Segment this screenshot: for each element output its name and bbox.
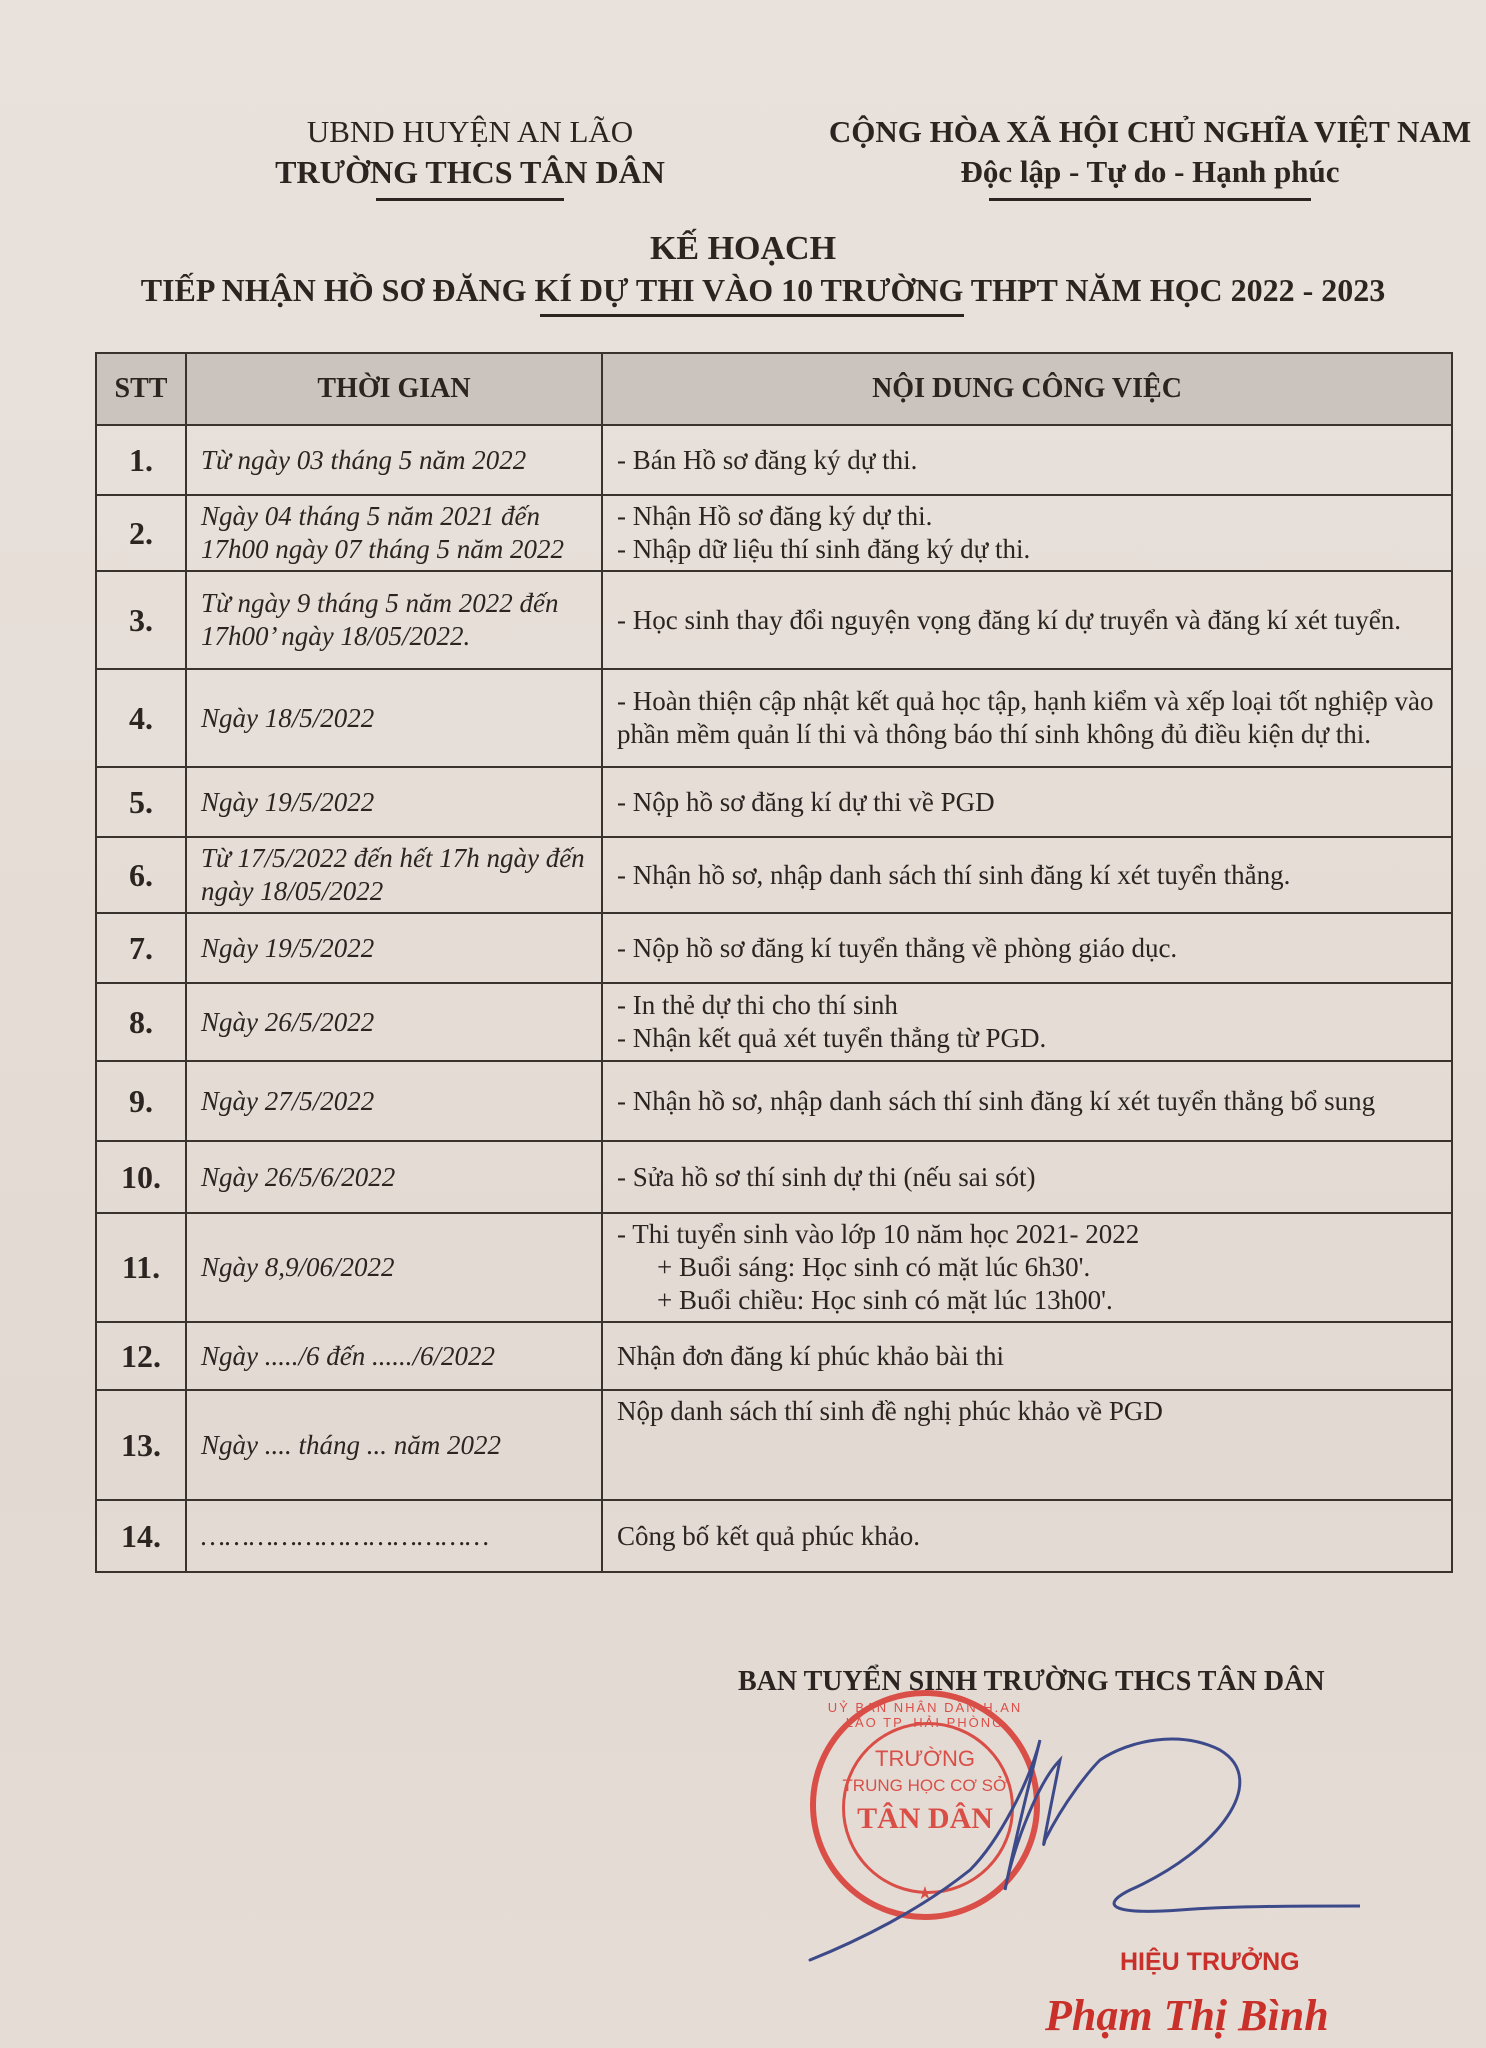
row-number: 3.: [96, 571, 186, 669]
column-header-time: THỜI GIAN: [186, 353, 602, 425]
row-number: 1.: [96, 425, 186, 495]
row-time: Ngày 18/5/2022: [186, 669, 602, 767]
task-line: + Buổi sáng: Học sinh có mặt lúc 6h30'.: [617, 1251, 1437, 1284]
row-task: - Nộp hồ sơ đăng kí dự thi về PGD: [602, 767, 1452, 837]
row-task: Nộp danh sách thí sinh đề nghị phúc khảo…: [602, 1390, 1452, 1500]
task-line: - Hoàn thiện cập nhật kết quả học tập, h…: [617, 685, 1437, 751]
column-header-stt: STT: [96, 353, 186, 425]
row-task: - Nhận hồ sơ, nhập danh sách thí sinh đă…: [602, 1061, 1452, 1141]
row-time: Ngày 26/5/2022: [186, 983, 602, 1061]
divider: [376, 198, 564, 201]
row-time: Ngày 19/5/2022: [186, 913, 602, 983]
row-task: - Bán Hồ sơ đăng ký dự thi.: [602, 425, 1452, 495]
row-number: 9.: [96, 1061, 186, 1141]
row-task: - Nộp hồ sơ đăng kí tuyển thẳng về phòng…: [602, 913, 1452, 983]
task-line: - Thi tuyển sinh vào lớp 10 năm học 2021…: [617, 1218, 1437, 1251]
row-time: ………………………………: [186, 1500, 602, 1572]
signatory-role: HIỆU TRƯỞNG: [1120, 1948, 1300, 1977]
row-time: Từ ngày 9 tháng 5 năm 2022 đến 17h00’ ng…: [186, 571, 602, 669]
table-row: 7.Ngày 19/5/2022- Nộp hồ sơ đăng kí tuyể…: [96, 913, 1452, 983]
task-line: Công bố kết quả phúc khảo.: [617, 1520, 1437, 1553]
row-number: 13.: [96, 1390, 186, 1500]
document-title: KẾ HOẠCH TIẾP NHẬN HỒ SƠ ĐĂNG KÍ DỰ THI …: [0, 228, 1486, 317]
row-task: - Thi tuyển sinh vào lớp 10 năm học 2021…: [602, 1213, 1452, 1322]
signature: [800, 1720, 1360, 1980]
divider: [989, 198, 1311, 201]
row-number: 8.: [96, 983, 186, 1061]
row-time: Ngày .... tháng ... năm 2022: [186, 1390, 602, 1500]
table-row: 4.Ngày 18/5/2022- Hoàn thiện cập nhật kế…: [96, 669, 1452, 767]
task-line: + Buổi chiều: Học sinh có mặt lúc 13h00'…: [617, 1284, 1437, 1317]
row-number: 6.: [96, 837, 186, 913]
divider: [540, 314, 964, 317]
district-name: UBND HUYỆN AN LÃO: [250, 112, 690, 152]
task-line: - Nhận hồ sơ, nhập danh sách thí sinh đă…: [617, 1085, 1437, 1118]
task-line: - Bán Hồ sơ đăng ký dự thi.: [617, 444, 1437, 477]
row-task: Nhận đơn đăng kí phúc khảo bài thi: [602, 1322, 1452, 1390]
row-number: 7.: [96, 913, 186, 983]
row-task: - Học sinh thay đổi nguyện vọng đăng kí …: [602, 571, 1452, 669]
row-time: Ngày 26/5/6/2022: [186, 1141, 602, 1213]
table-row: 2.Ngày 04 tháng 5 năm 2021 đến 17h00 ngà…: [96, 495, 1452, 571]
signatory-name: Phạm Thị Bình: [1045, 1990, 1329, 2041]
row-time: Từ 17/5/2022 đến hết 17h ngày đến ngày 1…: [186, 837, 602, 913]
row-number: 14.: [96, 1500, 186, 1572]
task-line: - Sửa hồ sơ thí sinh dự thi (nếu sai sót…: [617, 1161, 1437, 1194]
task-line: - Nộp hồ sơ đăng kí tuyển thẳng về phòng…: [617, 932, 1437, 965]
task-line: Nhận đơn đăng kí phúc khảo bài thi: [617, 1340, 1437, 1373]
task-line: - Học sinh thay đổi nguyện vọng đăng kí …: [617, 604, 1437, 637]
table-row: 6.Từ 17/5/2022 đến hết 17h ngày đến ngày…: [96, 837, 1452, 913]
row-time: Ngày 19/5/2022: [186, 767, 602, 837]
row-task: - Sửa hồ sơ thí sinh dự thi (nếu sai sót…: [602, 1141, 1452, 1213]
row-task: - Nhận Hồ sơ đăng ký dự thi.- Nhập dữ li…: [602, 495, 1452, 571]
table-row: 1.Từ ngày 03 tháng 5 năm 2022- Bán Hồ sơ…: [96, 425, 1452, 495]
row-number: 11.: [96, 1213, 186, 1322]
table-row: 12.Ngày ...../6 đến ....../6/2022Nhận đơ…: [96, 1322, 1452, 1390]
row-task: - Nhận hồ sơ, nhập danh sách thí sinh đă…: [602, 837, 1452, 913]
table-row: 13.Ngày .... tháng ... năm 2022Nộp danh …: [96, 1390, 1452, 1500]
row-time: Ngày ...../6 đến ....../6/2022: [186, 1322, 602, 1390]
school-name: TRƯỜNG THCS TÂN DÂN: [250, 152, 690, 192]
title-subheading: TIẾP NHẬN HỒ SƠ ĐĂNG KÍ DỰ THI VÀO 10 TR…: [40, 270, 1486, 310]
task-line: - Nhận Hồ sơ đăng ký dự thi.: [617, 500, 1437, 533]
task-line: - In thẻ dự thi cho thí sinh: [617, 989, 1437, 1022]
national-motto: CỘNG HÒA XÃ HỘI CHỦ NGHĨA VIỆT NAM Độc l…: [820, 112, 1480, 201]
issuing-authority: UBND HUYỆN AN LÃO TRƯỜNG THCS TÂN DÂN: [250, 112, 690, 201]
table-row: 14.………………………………Công bố kết quả phúc khảo…: [96, 1500, 1452, 1572]
row-task: - In thẻ dự thi cho thí sinh- Nhận kết q…: [602, 983, 1452, 1061]
row-task: Công bố kết quả phúc khảo.: [602, 1500, 1452, 1572]
motto: Độc lập - Tự do - Hạnh phúc: [820, 152, 1480, 192]
table-row: 5.Ngày 19/5/2022- Nộp hồ sơ đăng kí dự t…: [96, 767, 1452, 837]
row-time: Ngày 04 tháng 5 năm 2021 đến 17h00 ngày …: [186, 495, 602, 571]
table-row: 3.Từ ngày 9 tháng 5 năm 2022 đến 17h00’ …: [96, 571, 1452, 669]
row-number: 12.: [96, 1322, 186, 1390]
table-row: 8.Ngày 26/5/2022- In thẻ dự thi cho thí …: [96, 983, 1452, 1061]
table-row: 10.Ngày 26/5/6/2022- Sửa hồ sơ thí sinh …: [96, 1141, 1452, 1213]
task-line: - Nộp hồ sơ đăng kí dự thi về PGD: [617, 786, 1437, 819]
table-row: 9.Ngày 27/5/2022- Nhận hồ sơ, nhập danh …: [96, 1061, 1452, 1141]
task-line: Nộp danh sách thí sinh đề nghị phúc khảo…: [617, 1395, 1437, 1428]
row-task: - Hoàn thiện cập nhật kết quả học tập, h…: [602, 669, 1452, 767]
country-name: CỘNG HÒA XÃ HỘI CHỦ NGHĨA VIỆT NAM: [820, 112, 1480, 152]
row-time: Từ ngày 03 tháng 5 năm 2022: [186, 425, 602, 495]
committee-name: BAN TUYỂN SINH TRƯỜNG THCS TÂN DÂN: [738, 1666, 1325, 1698]
column-header-task: NỘI DUNG CÔNG VIỆC: [602, 353, 1452, 425]
row-time: Ngày 27/5/2022: [186, 1061, 602, 1141]
task-line: - Nhập dữ liệu thí sinh đăng ký dự thi.: [617, 533, 1437, 566]
row-number: 2.: [96, 495, 186, 571]
row-time: Ngày 8,9/06/2022: [186, 1213, 602, 1322]
task-line: - Nhận hồ sơ, nhập danh sách thí sinh đă…: [617, 859, 1437, 892]
task-line: - Nhận kết quả xét tuyển thẳng từ PGD.: [617, 1022, 1437, 1055]
title-heading: KẾ HOẠCH: [0, 228, 1486, 270]
table-header-row: STT THỜI GIAN NỘI DUNG CÔNG VIỆC: [96, 353, 1452, 425]
table-body: 1.Từ ngày 03 tháng 5 năm 2022- Bán Hồ sơ…: [96, 425, 1452, 1572]
row-number: 4.: [96, 669, 186, 767]
table-row: 11.Ngày 8,9/06/2022- Thi tuyển sinh vào …: [96, 1213, 1452, 1322]
row-number: 10.: [96, 1141, 186, 1213]
row-number: 5.: [96, 767, 186, 837]
schedule-table: STT THỜI GIAN NỘI DUNG CÔNG VIỆC 1.Từ ng…: [95, 352, 1453, 1573]
